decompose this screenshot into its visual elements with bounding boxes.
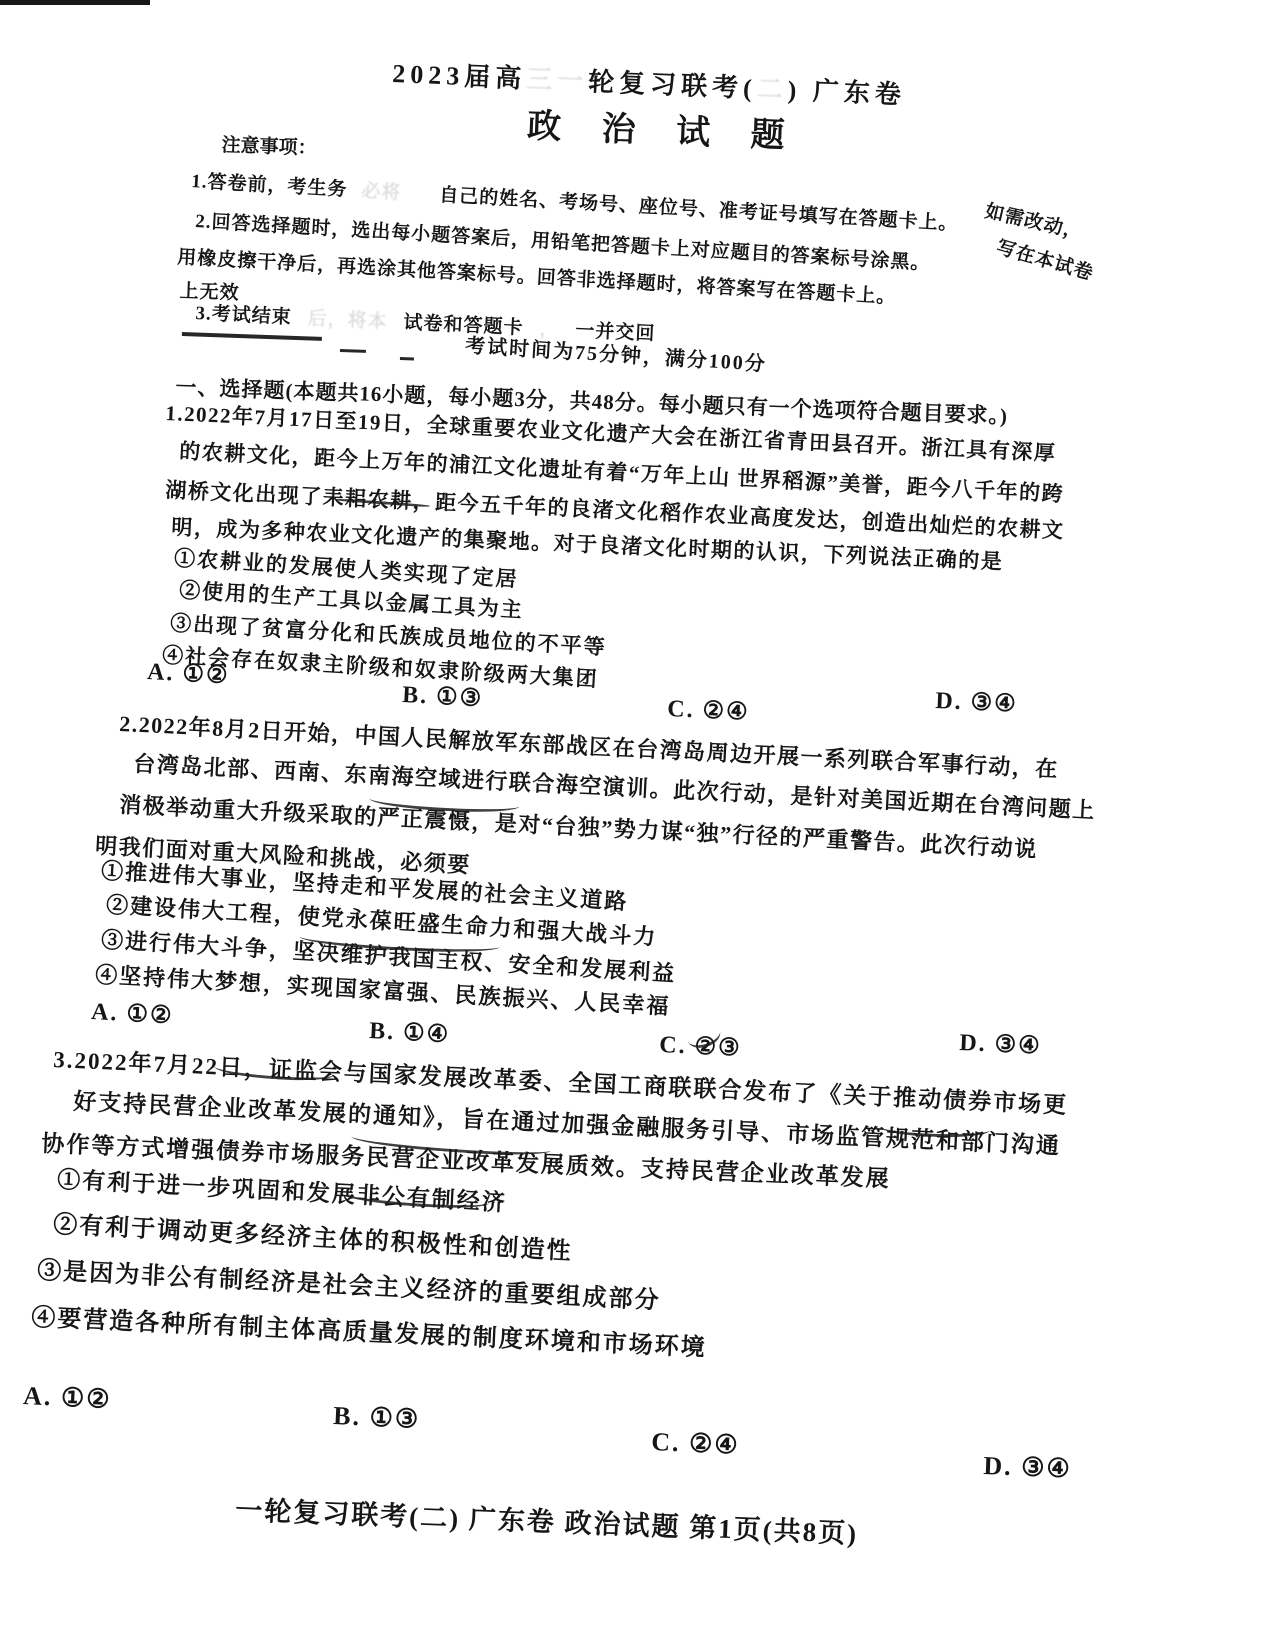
series-title-faint2: 二 [756, 74, 788, 104]
subject-title: 政 治 试 题 [526, 106, 801, 159]
notice-1-pre: 1.答卷前，考生务 [191, 171, 348, 201]
question-1-option-b: B. ①③ [401, 680, 484, 714]
notice-3-mid: 试卷和答题卡 [403, 312, 524, 338]
notices-label: 注意事项： [221, 134, 317, 161]
question-3-option-a: A. ①② [23, 1380, 113, 1416]
question-1-option-c: C. ②④ [667, 694, 751, 728]
series-title-seg1: 2023届高 [392, 59, 527, 94]
notice-3-pre: 3.考试结束 [195, 303, 292, 328]
question-3-option-c: C. ②④ [651, 1426, 741, 1462]
page-footer: 一轮复习联考(二) 广东卷 政治试题 第1页(共8页) [235, 1494, 859, 1552]
question-3-option-b: B. ①③ [333, 1400, 421, 1436]
scan-artifact-dash-1 [182, 332, 322, 341]
question-2-option-a: A. ①② [90, 997, 174, 1031]
scan-artifact-dash-3 [400, 357, 414, 360]
notice-3-faded2: ， [539, 319, 560, 341]
notice-2-tail2: 写在本试卷 [993, 236, 1096, 286]
series-title-seg5: ) 广东卷 [787, 76, 906, 110]
exam-series-title: 2023届高三一轮复习联考(二) 广东卷 [392, 58, 907, 112]
notice-1-post: 自己的姓名、考场号、座位号、准考证号填写在答题卡上。 [439, 185, 959, 235]
notice-3-faded1: 后，将本 [307, 308, 388, 333]
question-2-option-b: B. ①④ [368, 1016, 451, 1050]
question-2-option-d: D. ③④ [959, 1028, 1043, 1061]
question-1-option-d: D. ③④ [935, 686, 1019, 719]
question-1-option-a: A. ①② [146, 657, 230, 691]
question-3-option-d: D. ③④ [983, 1450, 1073, 1486]
series-title-faint1: 三一 [526, 65, 589, 97]
series-title-seg3: 轮复习联考( [588, 67, 758, 103]
question-3-item-2: ②有利于调动更多经济主体的积极性和创造性 [52, 1210, 573, 1267]
notice-1-faded: 必将 [361, 181, 402, 204]
scan-artifact-top-edge [0, 0, 150, 5]
scan-artifact-dash-2 [340, 349, 366, 353]
notice-3: 3.考试结束后，将本试卷和答题卡，一并交回 [195, 302, 656, 347]
exam-page: 2023届高三一轮复习联考(二) 广东卷 政 治 试 题 注意事项： 1.答卷前… [0, 0, 1280, 1646]
